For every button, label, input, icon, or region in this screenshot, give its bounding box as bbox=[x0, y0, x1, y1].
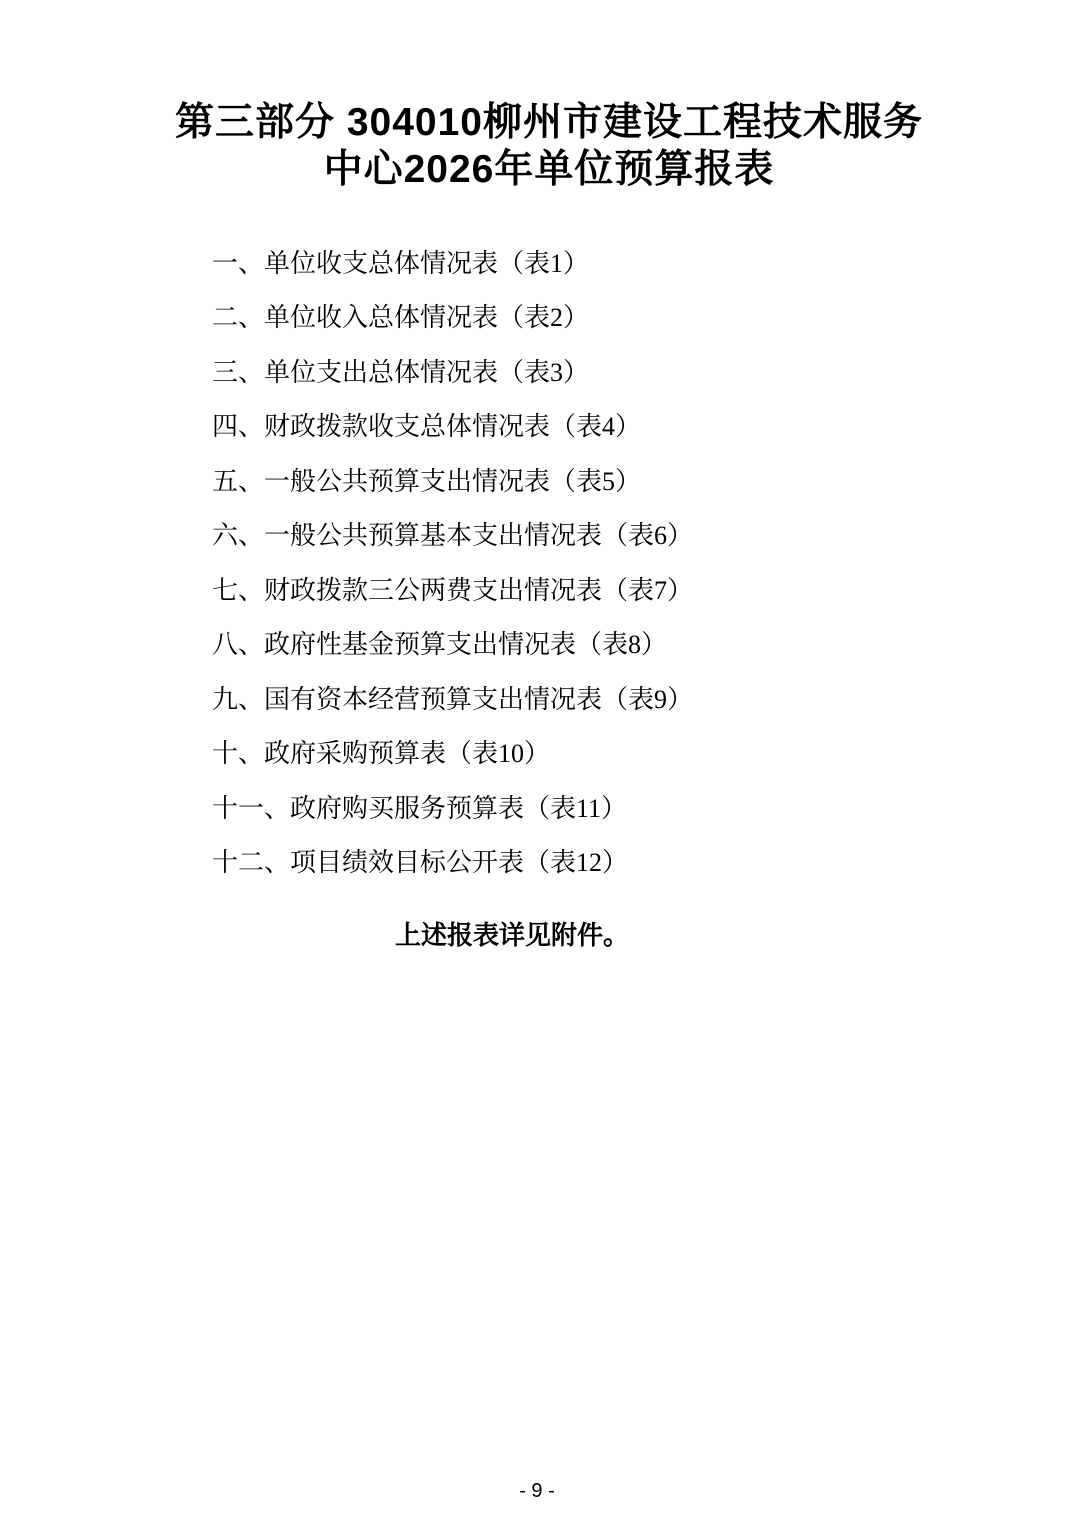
table-of-contents: 一、单位收支总体情况表（表1） 二、单位收入总体情况表（表2） 三、单位支出总体… bbox=[0, 234, 1074, 888]
toc-item-2: 二、单位收入总体情况表（表2） bbox=[212, 289, 1074, 344]
toc-item-9: 九、国有资本经营预算支出情况表（表9） bbox=[212, 670, 1074, 725]
page-title: 第三部分 304010柳州市建设工程技术服务 中心2026年单位预算报表 bbox=[0, 0, 1074, 193]
toc-item-4: 四、财政拨款收支总体情况表（表4） bbox=[212, 398, 1074, 453]
toc-item-12: 十二、项目绩效目标公开表（表12） bbox=[212, 834, 1074, 889]
toc-item-3: 三、单位支出总体情况表（表3） bbox=[212, 343, 1074, 398]
document-page: 第三部分 304010柳州市建设工程技术服务 中心2026年单位预算报表 一、单… bbox=[0, 0, 1074, 1520]
closing-note: 上述报表详见附件。 bbox=[395, 920, 1074, 952]
toc-item-5: 五、一般公共预算支出情况表（表5） bbox=[212, 452, 1074, 507]
toc-item-7: 七、财政拨款三公两费支出情况表（表7） bbox=[212, 561, 1074, 616]
page-title-line-1: 第三部分 304010柳州市建设工程技术服务 bbox=[24, 99, 1074, 146]
toc-item-1: 一、单位收支总体情况表（表1） bbox=[212, 234, 1074, 289]
toc-item-10: 十、政府采购预算表（表10） bbox=[212, 725, 1074, 780]
toc-item-8: 八、政府性基金预算支出情况表（表8） bbox=[212, 616, 1074, 671]
toc-item-11: 十一、政府购买服务预算表（表11） bbox=[212, 779, 1074, 834]
page-number: - 9 - bbox=[0, 1480, 1074, 1502]
toc-item-6: 六、一般公共预算基本支出情况表（表6） bbox=[212, 507, 1074, 562]
page-title-line-2: 中心2026年单位预算报表 bbox=[24, 146, 1074, 193]
